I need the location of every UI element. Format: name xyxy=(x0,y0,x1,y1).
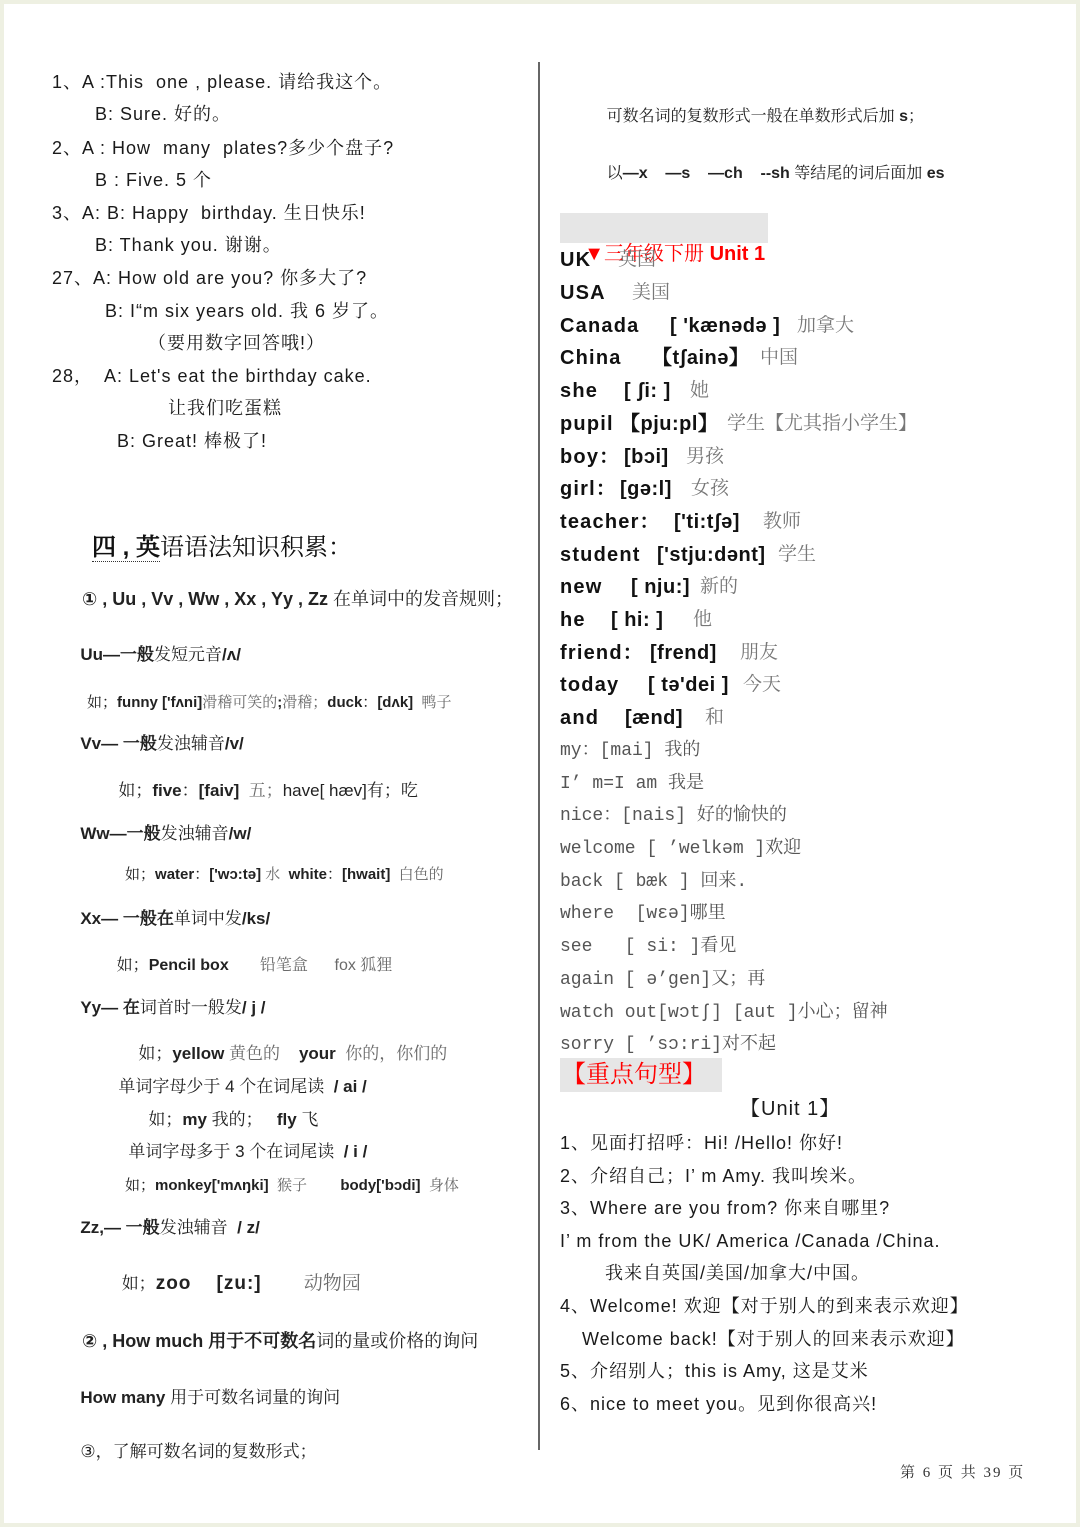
vocab-word: today xyxy=(560,672,619,698)
rule-sound: / ai / xyxy=(334,1077,367,1096)
sentence-item: 我来自英国/美国/加拿大/中国。 xyxy=(605,1261,870,1285)
vocab-row: China【tʃainə】中国 xyxy=(0,345,1080,371)
rule-how-many: How many 用于可数名词量的询问 xyxy=(52,1362,340,1386)
example-ww: 如；water：['wɔ:tə] 水 white：[hwait] 白色的 xyxy=(100,839,444,863)
vocab-plain-item: I’ m=I am 我是 xyxy=(560,772,704,796)
example-word: body['bɔdi] xyxy=(340,1177,420,1194)
vocab-plain-item: again [ ə’gen]又；再 xyxy=(560,968,765,992)
vocab-phonetic: [bɔi] xyxy=(624,444,669,470)
example-phonetic: ['wɔ:tə] xyxy=(209,866,261,883)
rule-label: ② , How much 用于不可数名 xyxy=(82,1331,316,1351)
rule-suffix: es xyxy=(927,165,945,182)
vocab-word: girl： xyxy=(560,476,617,502)
vocab-meaning: 女孩 xyxy=(691,476,729,502)
vocab-phonetic: [ nju:] xyxy=(631,574,690,600)
example-zz: 如；zoo [zu:] 动物园 xyxy=(90,1248,361,1272)
rule-label: Yy— 在 xyxy=(80,998,140,1017)
vocab-word: pupil xyxy=(560,411,614,437)
example-yy-short: 如；my 我的； fly 飞 xyxy=(120,1084,318,1108)
vocab-phonetic: [ 'kænədə ] xyxy=(670,313,780,339)
vocab-phonetic: [frend] xyxy=(650,640,717,666)
rule-text: 词的量或价格的询问 xyxy=(316,1331,478,1351)
example-vv: 如；five：[faiv] 五；have[ hæv]有；吃 xyxy=(90,755,418,779)
vocab-row: pupil【pju:pl】学生【尤其指小学生】 xyxy=(0,411,1080,437)
vocab-word: China xyxy=(560,345,622,371)
vocab-row: student['stju:dənt]学生 xyxy=(0,542,1080,568)
vocab-plain-item: see [ si: ]看见 xyxy=(560,935,736,959)
vocab-word: Canada xyxy=(560,313,639,339)
vocab-word: she xyxy=(560,378,598,404)
example-sep: ： xyxy=(194,866,209,883)
sentence-item: Welcome back!【对于别人的回来表示欢迎】 xyxy=(582,1327,965,1351)
rule-heading-3: ③，了解可数名词的复数形式； xyxy=(52,1416,317,1440)
vocab-meaning: 朋友 xyxy=(740,640,778,666)
vocab-phonetic: ['stju:dənt] xyxy=(657,542,766,568)
vocab-row: Canada[ 'kænədə ]加拿大 xyxy=(0,313,1080,339)
vocab-meaning: 中国 xyxy=(760,345,798,371)
rule-endings: —x —s —ch --sh xyxy=(623,165,790,182)
vocab-phonetic: [gə:l] xyxy=(620,476,672,502)
rule-sound: /ks/ xyxy=(242,909,270,928)
vocab-word: USA xyxy=(560,280,606,306)
rule-text: 用于可数名词量的询问 xyxy=(165,1388,340,1407)
vocab-row: friend：[frend]朋友 xyxy=(0,640,1080,666)
rule-text: 单词中发 xyxy=(174,909,242,928)
rule-label: Zz,— 一般 xyxy=(80,1218,159,1237)
example-phonetic: [hwait] xyxy=(342,866,390,883)
vocab-plain-item: nice：[nais] 好的愉快的 xyxy=(560,804,787,828)
vocab-meaning: 今天 xyxy=(743,672,781,698)
rule-yy: Yy— 在词首时一般发/ j / xyxy=(52,972,266,996)
rule-label: Vv— 一般 xyxy=(80,734,157,753)
rule-text: 等结尾的词后面加 xyxy=(790,165,927,182)
rule-text: 发浊辅音 xyxy=(160,1218,233,1237)
rule-sound: / z/ xyxy=(232,1218,259,1237)
vocab-meaning: 教师 xyxy=(763,509,801,535)
vocab-phonetic: 【pju:pl】 xyxy=(620,411,718,437)
vocab-phonetic: [ tə'dei ] xyxy=(648,672,729,698)
rule-ww: Ww—一般发浊辅音/w/ xyxy=(52,798,251,822)
example-meaning: 动物园 xyxy=(262,1273,361,1294)
rule-sound: /v/ xyxy=(225,734,244,753)
vocab-meaning: 他 xyxy=(693,607,712,633)
vocab-phonetic: ['ti:tʃə] xyxy=(674,509,740,535)
document-page: 1、A :This one , please. 请给我这个。 B: Sure. … xyxy=(0,0,1080,1527)
example-word: zoo [zu:] xyxy=(156,1273,262,1294)
example-xx: 如；Pencil box 铅笔盒 fox 狐狸 xyxy=(90,930,392,954)
vocab-word: boy： xyxy=(560,444,620,470)
vocab-meaning: 学生【尤其指小学生】 xyxy=(727,411,917,437)
vocab-meaning: 英国 xyxy=(618,247,656,273)
vocab-word: student xyxy=(560,542,641,568)
rule-suffix: s xyxy=(899,108,908,125)
vocab-phonetic: [ænd] xyxy=(625,705,683,731)
dialogue-line: 1、A :This one , please. 请给我这个。 xyxy=(52,70,392,94)
vocab-plain-item: welcome [ ’welkəm ]欢迎 xyxy=(560,837,801,861)
rule-sound: / j / xyxy=(242,998,266,1017)
vocab-word: teacher： xyxy=(560,509,661,535)
rule-text: 可数名词的复数形式一般在单数形式后加 xyxy=(607,108,899,125)
example-word: have[ hæv]有；吃 xyxy=(283,781,418,800)
example-prefix: 如； xyxy=(122,1274,156,1293)
example-prefix: 如； xyxy=(125,866,155,883)
vocab-row: new[ nju:]新的 xyxy=(0,574,1080,600)
example-yy: 如；yellow 黄色的 your 你的，你们的 xyxy=(110,1018,447,1042)
rule-label: Xx— 一般在 xyxy=(80,909,174,928)
vocab-word: new xyxy=(560,574,603,600)
example-sep: ： xyxy=(327,866,342,883)
vocab-row: he[ hi: ]他 xyxy=(0,607,1080,633)
vocab-plain-item: where [wɛə]哪里 xyxy=(560,902,726,926)
vocab-meaning: 美国 xyxy=(632,280,670,306)
example-meaning: 白色的 xyxy=(390,866,443,883)
vocab-plain-item: watch out[wɔtʃ] [aut ]小心；留神 xyxy=(560,1001,888,1025)
example-meaning: 猴子 xyxy=(269,1177,341,1194)
vocab-phonetic: [ hi: ] xyxy=(611,607,663,633)
vocab-word: and xyxy=(560,705,599,731)
vocab-row: she[ ʃi: ]她 xyxy=(0,378,1080,404)
vocab-plain-item: sorry [ ’sɔ:ri]对不起 xyxy=(560,1033,776,1057)
sentence-item: I’ m from the UK/ America /Canada /China… xyxy=(560,1229,940,1253)
example-word: water xyxy=(155,866,194,883)
rule-zz: Zz,— 一般发浊辅音 / z/ xyxy=(52,1192,260,1216)
vocab-meaning: 她 xyxy=(690,378,709,404)
vocab-word: friend： xyxy=(560,640,644,666)
vocab-row: today[ tə'dei ]今天 xyxy=(0,672,1080,698)
vocab-row: girl：[gə:l]女孩 xyxy=(0,476,1080,502)
vocab-row: UK英国 xyxy=(0,247,1080,273)
example-word: white xyxy=(289,866,327,883)
sentence-item: 5、介绍别人；this is Amy, 这是艾米 xyxy=(560,1359,869,1383)
vocab-phonetic: 【tʃainə】 xyxy=(652,345,749,371)
dialogue-line: 3、A: B: Happy birthday. 生日快乐! xyxy=(52,201,366,225)
dialogue-line: 2、A : How many plates?多少个盘子? xyxy=(52,136,394,160)
rule-xx: Xx— 一般在单词中发/ks/ xyxy=(52,883,270,907)
rule-heading-2: ② , How much 用于不可数名词的量或价格的询问 xyxy=(52,1305,478,1329)
vocab-row: boy：[bɔi]男孩 xyxy=(0,444,1080,470)
sentence-item: 1、见面打招呼：Hi! /Hello! 你好! xyxy=(560,1131,843,1155)
rule-yy-long: 单词字母多于 3 个在词尾读 / i / xyxy=(100,1116,367,1140)
vocab-phonetic: [ ʃi: ] xyxy=(624,378,671,404)
vocab-row: teacher：['ti:tʃə]教师 xyxy=(0,509,1080,535)
plural-rule-2: 以—x —s —ch --sh 等结尾的词后面加 es xyxy=(580,138,945,162)
sentence-item: 4、Welcome! 欢迎【对于别人的到来表示欢迎】 xyxy=(560,1294,969,1318)
vocab-word: UK xyxy=(560,247,591,273)
example-meaning: 水 xyxy=(261,866,289,883)
example-yy-long: 如；monkey['mʌŋki] 猴子 body['bɔdi] 身体 xyxy=(100,1150,459,1174)
vocab-meaning: 男孩 xyxy=(686,444,724,470)
dialogue-line: B : Five. 5 个 xyxy=(95,168,212,192)
unit-header: ▼三年级下册 Unit 1 xyxy=(562,215,765,241)
rule-text: 发浊辅音 xyxy=(157,734,225,753)
rule-text: ③，了解可数名词的复数形式； xyxy=(80,1442,316,1461)
vocab-meaning: 和 xyxy=(705,705,724,731)
vocab-word: he xyxy=(560,607,586,633)
rule-yy-short: 单词字母少于 4 个在词尾读 / ai / xyxy=(90,1051,367,1075)
sentence-item: 6、nice to meet you。见到你很高兴! xyxy=(560,1392,877,1416)
rule-text: 词首时一般发 xyxy=(140,998,242,1017)
vocab-row: and[ænd]和 xyxy=(0,705,1080,731)
vocab-row: USA美国 xyxy=(0,280,1080,306)
rule-text: 以 xyxy=(607,165,623,182)
rule-label: How many xyxy=(80,1388,165,1407)
dialogue-line: B: Sure. 好的。 xyxy=(95,102,231,126)
rule-text: ； xyxy=(908,108,924,125)
key-patterns-header: 【重点句型】 xyxy=(562,1060,706,1090)
vocab-meaning: 学生 xyxy=(778,542,816,568)
example-meaning: 身体 xyxy=(421,1177,459,1194)
vocab-plain-item: back [ bæk ] 回来. xyxy=(560,870,747,894)
plural-rule-1: 可数名词的复数形式一般在单数形式后加 s； xyxy=(580,81,924,105)
vocab-meaning: 加拿大 xyxy=(797,313,854,339)
vocab-meaning: 新的 xyxy=(700,574,738,600)
sentence-item: 2、介绍自己；I’ m Amy. 我叫埃米。 xyxy=(560,1164,867,1188)
page-number: 第 6 页 共 39 页 xyxy=(900,1461,1025,1485)
vocab-plain-item: my：[mai] 我的 xyxy=(560,739,700,763)
unit-title: 【Unit 1】 xyxy=(740,1096,840,1122)
sentence-item: 3、Where are you from? 你来自哪里? xyxy=(560,1196,890,1220)
